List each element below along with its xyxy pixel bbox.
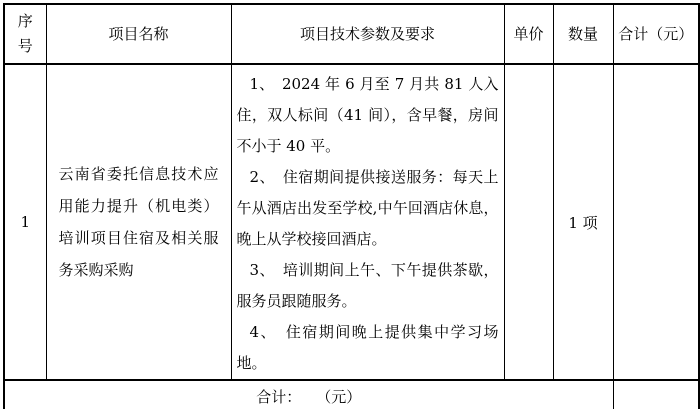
table-row: 1 云南省委托信息技术应用能力提升（机电类）培训项目住宿及相关服务采购采购 1、… [4,64,699,380]
header-unit-price: 单价 [504,4,553,64]
procurement-items-table: 序号 项目名称 项目技术参数及要求 单价 数量 合计（元） 1 云南省委托信息技… [3,3,700,409]
header-tech-params: 项目技术参数及要求 [231,4,504,64]
tech-param-item-3: 3、 培训期间上午、下午提供茶歇，服务员跟随服务。 [237,255,499,317]
cell-serial-number: 1 [4,64,46,380]
footer-total-label: 合计： （元） [4,380,613,409]
header-serial-number: 序号 [4,4,46,64]
cell-quantity: 1 项 [553,64,613,380]
cell-total [613,64,699,380]
table-header-row: 序号 项目名称 项目技术参数及要求 单价 数量 合计（元） [4,4,699,64]
cell-unit-price [504,64,553,380]
cell-project-name: 云南省委托信息技术应用能力提升（机电类）培训项目住宿及相关服务采购采购 [46,64,231,380]
tech-param-item-2: 2、 住宿期间提供接送服务：每天上午从酒店出发至学校,中午回酒店休息，晚上从学校… [237,162,499,255]
tech-param-item-4: 4、 住宿期间晚上提供集中学习场地。 [237,317,499,379]
document-page: 序号 项目名称 项目技术参数及要求 单价 数量 合计（元） 1 云南省委托信息技… [0,0,700,409]
header-project-name: 项目名称 [46,4,231,64]
header-total-yuan: 合计（元） [613,4,699,64]
header-serial-number-label: 序号 [17,9,34,59]
cell-tech-params: 1、 2024 年 6 月至 7 月共 81 人入住，双人标间（41 间），含早… [231,64,504,380]
tech-param-item-1: 1、 2024 年 6 月至 7 月共 81 人入住，双人标间（41 间），含早… [237,69,499,162]
table-footer-row: 合计： （元） [4,380,699,409]
footer-total-value [613,380,699,409]
header-quantity: 数量 [553,4,613,64]
